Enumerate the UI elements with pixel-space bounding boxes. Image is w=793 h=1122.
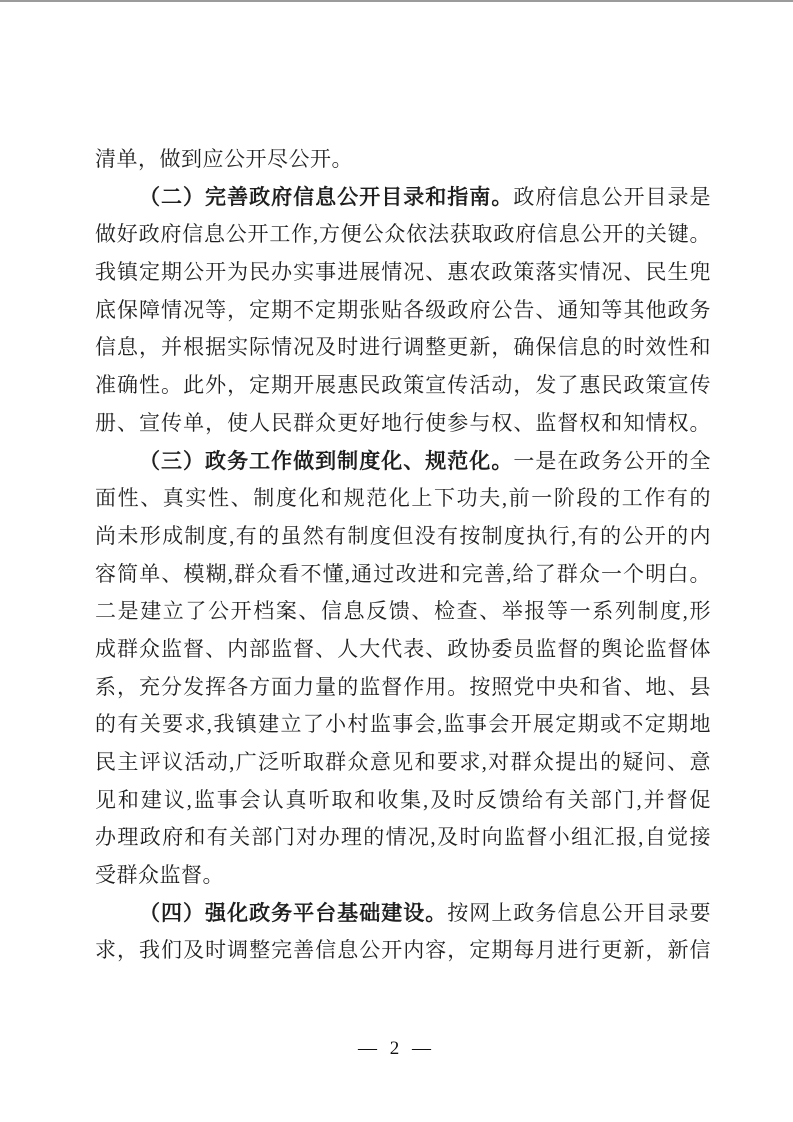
section-heading: （四）强化政务平台基础建设。 — [139, 901, 447, 925]
text-line: 准确性。此外，定期开展惠民政策宣传活动，发了惠民政策宣传 — [95, 367, 711, 405]
text-line: 二是建立了公开档案、信息反馈、检查、举报等一系列制度,形 — [95, 593, 711, 631]
section-heading: （三）政务工作做到制度化、规范化。 — [139, 449, 513, 473]
page-number: — 2 — — [0, 1036, 793, 1062]
text-line: 面性、真实性、制度化和规范化上下功夫,前一阶段的工作有的 — [95, 480, 711, 518]
text-line: 做好政府信息公开工作,方便公众依法获取政府信息公开的关键。 — [95, 216, 711, 254]
text-line: 我镇定期公开为民办实事进展情况、惠农政策落实情况、民生兜 — [95, 254, 711, 292]
text-line: 清单，做到应公开尽公开。 — [95, 141, 711, 179]
document-page: 清单，做到应公开尽公开。（二）完善政府信息公开目录和指南。政府信息公开目录是做好… — [0, 0, 793, 1122]
document-body: 清单，做到应公开尽公开。（二）完善政府信息公开目录和指南。政府信息公开目录是做好… — [95, 141, 711, 970]
text-line: （二）完善政府信息公开目录和指南。政府信息公开目录是 — [95, 179, 711, 217]
text-line: 系，充分发挥各方面力量的监督作用。按照党中央和省、地、县 — [95, 669, 711, 707]
text-line: 受群众监督。 — [95, 857, 711, 895]
section-heading: （二）完善政府信息公开目录和指南。 — [139, 185, 513, 209]
text-line: （四）强化政务平台基础建设。按网上政务信息公开目录要 — [95, 895, 711, 933]
text-line: 信息，并根据实际情况及时进行调整更新，确保信息的时效性和 — [95, 329, 711, 367]
text-line: 民主评议活动,广泛听取群众意见和要求,对群众提出的疑问、意 — [95, 744, 711, 782]
text-line: 底保障情况等，定期不定期张贴各级政府公告、通知等其他政务 — [95, 292, 711, 330]
text-line: 见和建议,监事会认真听取和收集,及时反馈给有关部门,并督促 — [95, 782, 711, 820]
text-line: 办理政府和有关部门对办理的情况,及时向监督小组汇报,自觉接 — [95, 819, 711, 857]
text-line: 成群众监督、内部监督、人大代表、政协委员监督的舆论监督体 — [95, 631, 711, 669]
text-line: 册、宣传单，使人民群众更好地行使参与权、监督权和知情权。 — [95, 405, 711, 443]
text-line: 的有关要求,我镇建立了小村监事会,监事会开展定期或不定期地 — [95, 706, 711, 744]
scan-edge-artifact — [0, 0, 793, 2]
text-line: 容简单、模糊,群众看不懂,通过改进和完善,给了群众一个明白。 — [95, 556, 711, 594]
text-line: 尚未形成制度,有的虽然有制度但没有按制度执行,有的公开的内 — [95, 518, 711, 556]
text-line: （三）政务工作做到制度化、规范化。一是在政务公开的全 — [95, 443, 711, 481]
text-line: 求，我们及时调整完善信息公开内容，定期每月进行更新，新信 — [95, 932, 711, 970]
